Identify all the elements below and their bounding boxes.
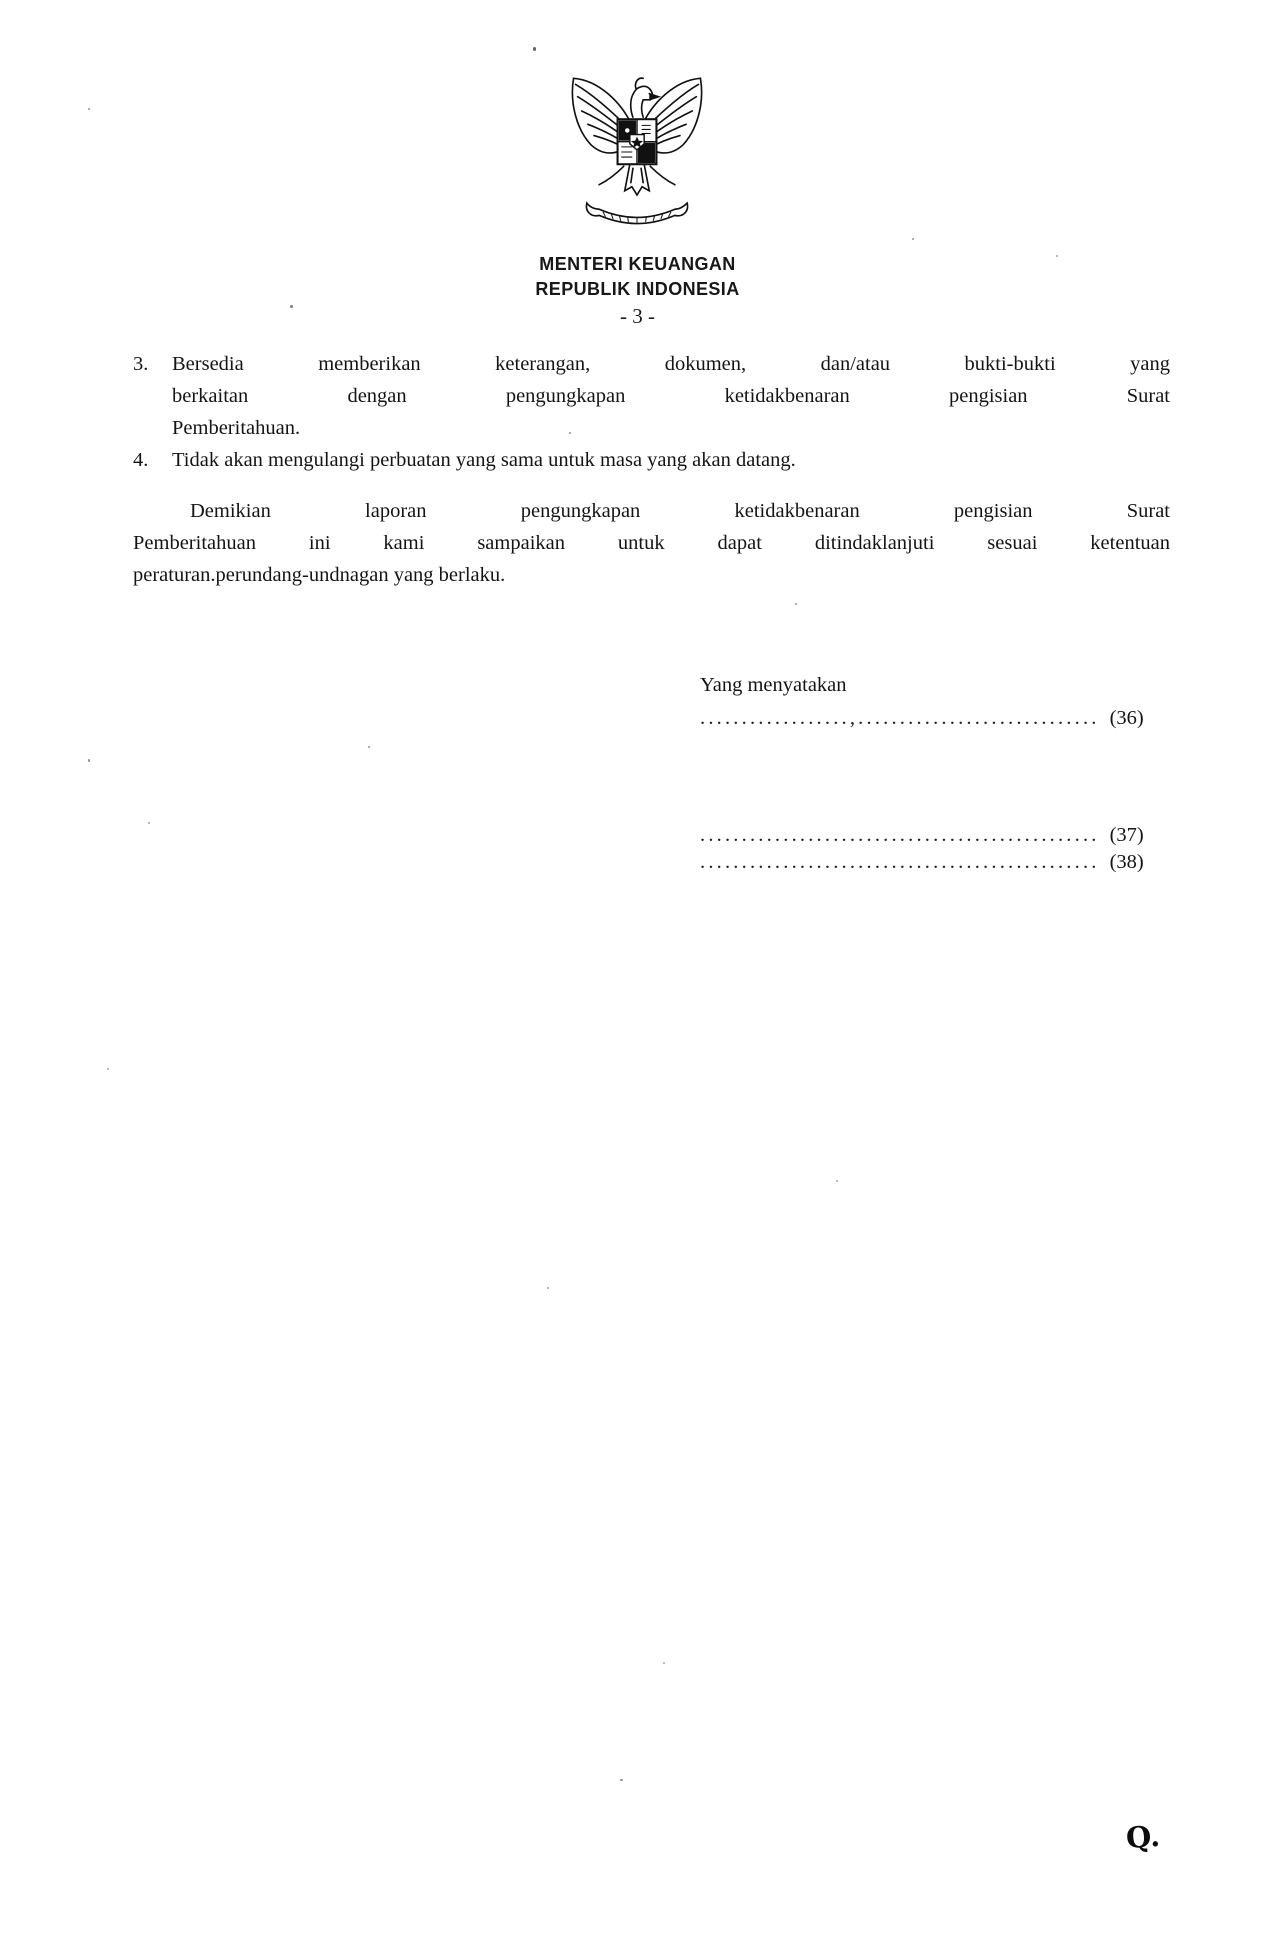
scan-speck bbox=[533, 47, 536, 51]
signature-label: Yang menyatakan bbox=[700, 672, 1180, 698]
scan-speck bbox=[290, 305, 293, 308]
signature-place-date-line: ..................,.....................… bbox=[700, 705, 1180, 732]
closing-line-1: Demikian laporan pengungkapan ketidakben… bbox=[133, 495, 1170, 527]
scan-speck bbox=[148, 822, 150, 824]
signature-title-line: ........................................… bbox=[700, 849, 1180, 876]
list-item-4-number: 4. bbox=[133, 444, 148, 476]
letterhead: MENTERI KEUANGAN REPUBLIK INDONESIA - 3 … bbox=[0, 252, 1275, 329]
ministry-name: MENTERI KEUANGAN bbox=[0, 252, 1275, 277]
scan-speck bbox=[569, 432, 571, 434]
scan-speck bbox=[836, 1180, 838, 1182]
handwritten-initial-mark: Q. bbox=[1125, 1819, 1161, 1855]
page-number: - 3 - bbox=[0, 303, 1275, 329]
list-item-3-line-3: Pemberitahuan. bbox=[172, 412, 1170, 444]
list-item-4-line-1: Tidak akan mengulangi perbuatan yang sam… bbox=[172, 444, 1170, 476]
scan-speck bbox=[912, 238, 914, 240]
list-item-3-number: 3. bbox=[133, 348, 148, 380]
closing-line-3: peraturan.perundang-undnagan yang berlak… bbox=[133, 559, 1170, 591]
closing-paragraph: Demikian laporan pengungkapan ketidakben… bbox=[133, 495, 1170, 591]
signature-space bbox=[700, 732, 1180, 822]
field-ref-36: (36) bbox=[1110, 705, 1144, 732]
scan-speck bbox=[547, 1287, 549, 1289]
place-date-dotted-line: ..................,.....................… bbox=[700, 705, 1100, 732]
title-dotted-line: ........................................… bbox=[700, 849, 1100, 876]
name-dotted-line: ........................................… bbox=[700, 822, 1100, 849]
scan-speck bbox=[1056, 255, 1058, 257]
signature-block: Yang menyatakan ..................,.....… bbox=[700, 672, 1180, 876]
field-ref-37: (37) bbox=[1110, 822, 1144, 849]
garuda-emblem-icon bbox=[568, 66, 706, 242]
closing-line-2: Pemberitahuan ini kami sampaikan untuk d… bbox=[133, 527, 1170, 559]
list-item-3-line-1: Bersedia memberikan keterangan, dokumen,… bbox=[172, 348, 1170, 380]
scan-speck bbox=[107, 1068, 109, 1070]
signature-name-line: ........................................… bbox=[700, 822, 1180, 849]
scan-speck bbox=[795, 603, 797, 605]
scan-speck bbox=[368, 746, 370, 748]
scan-speck bbox=[88, 108, 90, 110]
list-item-3: 3. Bersedia memberikan keterangan, dokum… bbox=[133, 348, 1170, 444]
field-ref-38: (38) bbox=[1110, 849, 1144, 876]
list-item-3-line-2: berkaitan dengan pengungkapan ketidakben… bbox=[172, 380, 1170, 412]
scan-speck bbox=[620, 1779, 623, 1781]
document-body: 3. Bersedia memberikan keterangan, dokum… bbox=[133, 348, 1170, 591]
list-item-4: 4. Tidak akan mengulangi perbuatan yang … bbox=[133, 444, 1170, 476]
scan-speck bbox=[88, 759, 90, 762]
republic-name: REPUBLIK INDONESIA bbox=[0, 277, 1275, 302]
scan-speck bbox=[663, 1662, 665, 1664]
